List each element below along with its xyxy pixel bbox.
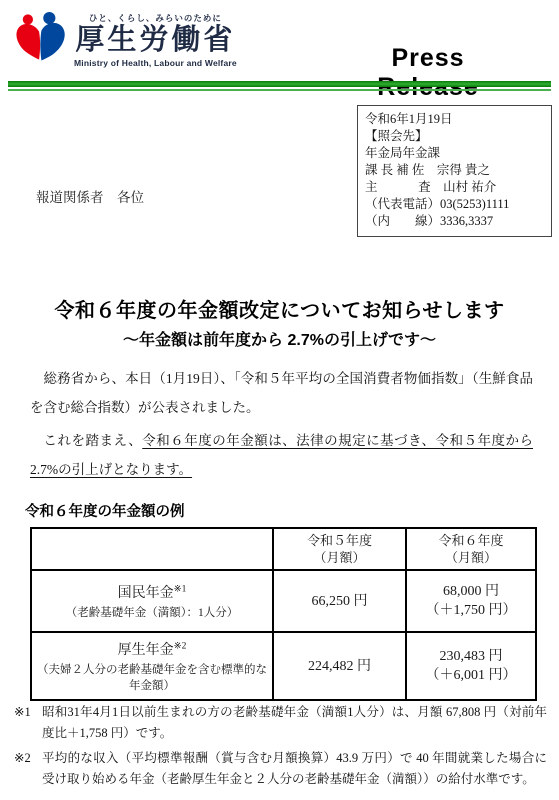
header-reiwa6-line1: 令和６年度 [409,532,533,549]
table-row-kosei: 厚生年金※2 （夫婦２人分の老齢基礎年金を含む標準的な年金額） 224,482 … [31,632,536,700]
kosei-new-value: 230,483 円 （＋6,001 円） [406,632,536,700]
table-row-kokumin: 国民年金※1 （老齢基礎年金（満額）：1人分） 66,250 円 68,000 … [31,570,536,632]
contact-inquiry-label: 【照会先】 [365,128,544,145]
green-rule-thick-line [8,81,551,87]
kokumin-new-value: 68,000 円 （＋1,750 円） [406,570,536,632]
contact-department: 年金局年金課 [365,145,544,162]
kosei-footnote-ref: ※2 [174,641,187,651]
mhlw-heart-logo-icon [12,10,68,70]
kokumin-label-cell: 国民年金※1 （老齢基礎年金（満額）：1人分） [31,570,273,632]
footnote-1: ※1 昭和31年4月1日以前生まれの方の老齢基礎年金（満額1人分）は、月額 67… [12,702,547,744]
kosei-desc: （夫婦２人分の老齢基礎年金を含む標準的な年金額） [34,661,270,693]
recipients-line: 報道関係者 各位 [36,186,144,206]
body-paragraph-1: 総務省から、本日（1月19日）、「令和５年平均の全国消費者物価指数」（生鮮食品を… [30,364,533,422]
kosei-name: 厚生年金※2 [34,639,270,659]
footnote-2-text: 平均的な収入（平均標準報酬（賞与含む月額換算）43.9 万円）で 40 年間就業… [42,751,547,786]
header-green-rule [8,81,551,91]
page-title: 令和６年度の年金額改定についてお知らせします [0,294,559,323]
header-reiwa6-cell: 令和６年度 （月額） [406,528,536,570]
footnote-2: ※2 平均的な収入（平均標準報酬（賞与含む月額換算）43.9 万円）で 40 年… [12,748,547,790]
kokumin-new-amount: 68,000 円 [409,582,533,601]
footnote-1-text: 昭和31年4月1日以前生まれの方の老齢基礎年金（満額1人分）は、月額 67,80… [42,705,547,740]
contact-info-box: 令和6年1月19日 【照会先】 年金局年金課 課 長 補 佐 宗得 貴之 主 査… [357,105,552,237]
green-rule-thin-line [8,89,551,91]
kosei-label-cell: 厚生年金※2 （夫婦２人分の老齢基礎年金を含む標準的な年金額） [31,632,273,700]
table-section-heading: 令和６年度の年金額の例 [25,500,185,521]
contact-extension: （内 線）3336,3337 [365,213,544,230]
kosei-diff-amount: （＋6,001 円） [409,666,533,685]
header-empty-cell [31,528,273,570]
paragraph-2-prefix: これを踏まえ、 [44,433,143,448]
page-subtitle: ～年金額は前年度から 2.7%の引上げです～ [0,327,559,350]
header-reiwa5-line2: （月額） [276,549,403,566]
kokumin-desc: （老齢基礎年金（満額）：1人分） [34,604,270,620]
header-reiwa5-line1: 令和５年度 [276,532,403,549]
body-paragraph-2: これを踏まえ、令和６年度の年金額は、法律の規定に基づき、令和５年度から2.7%の… [30,426,533,484]
press-release-page: ひと、くらし、みらいのために 厚生労働省 Ministry of Health,… [0,0,559,800]
contact-person-1: 課 長 補 佐 宗得 貴之 [365,162,544,179]
table-header-row: 令和５年度 （月額） 令和６年度 （月額） [31,528,536,570]
ministry-name: 厚生労働省 [75,24,235,57]
title-block: 令和６年度の年金額改定についてお知らせします ～年金額は前年度から 2.7%の引… [0,294,559,350]
kosei-prev-value: 224,482 円 [273,632,406,700]
contact-phone: （代表電話）03(5253)1111 [365,196,544,213]
kokumin-footnote-ref: ※1 [174,584,187,594]
pension-amount-table: 令和５年度 （月額） 令和６年度 （月額） 国民年金※1 （老齢基礎年金（満額）… [30,527,537,701]
header-reiwa6-line2: （月額） [409,549,533,566]
header-reiwa5-cell: 令和５年度 （月額） [273,528,406,570]
contact-date: 令和6年1月19日 [365,111,544,128]
kokumin-diff-amount: （＋1,750 円） [409,601,533,620]
press-release-label: Press Release [338,44,518,102]
footnote-1-marker: ※1 [14,702,31,723]
footnote-2-marker: ※2 [14,748,31,769]
kokumin-name: 国民年金※1 [34,582,270,602]
logo-tagline: ひと、くらし、みらいのために [89,12,222,24]
contact-person-2: 主 査 山村 祐介 [365,179,544,196]
mhlw-logo-text: ひと、くらし、みらいのために 厚生労働省 Ministry of Health,… [74,12,237,67]
kosei-new-amount: 230,483 円 [409,647,533,666]
ministry-name-en: Ministry of Health, Labour and Welfare [74,58,237,68]
mhlw-logo: ひと、くらし、みらいのために 厚生労働省 Ministry of Health,… [12,10,237,70]
kokumin-prev-value: 66,250 円 [273,570,406,632]
